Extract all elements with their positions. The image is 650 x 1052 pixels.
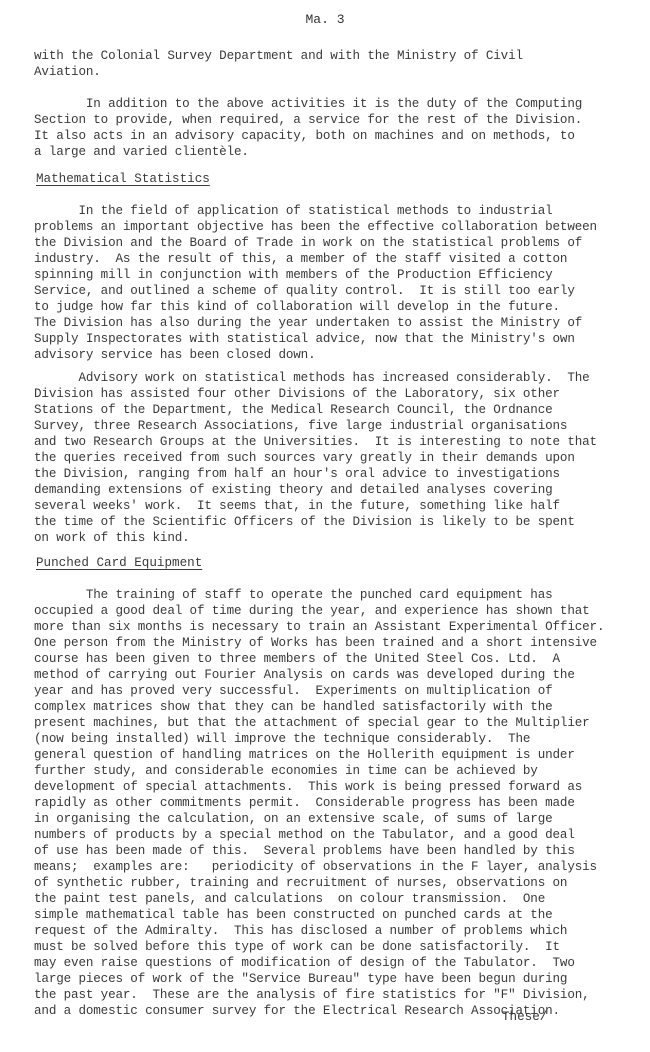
text-line: In the field of application of statistic… [34,203,634,219]
text-line: to judge how far this kind of collaborat… [34,299,634,315]
text-line: Survey, three Research Associations, fiv… [34,418,634,434]
text-line: the past year. These are the analysis of… [34,987,634,1003]
text-line: the time of the Scientific Officers of t… [34,514,634,530]
text-line: It also acts in an advisory capacity, bo… [34,128,634,144]
text-line: occupied a good deal of time during the … [34,603,634,619]
paragraph-computing-section: In addition to the above activities it i… [34,96,634,160]
text-line: Service, and outlined a scheme of qualit… [34,283,634,299]
text-line: and two Research Groups at the Universit… [34,434,634,450]
text-line: Stations of the Department, the Medical … [34,402,634,418]
text-line: on work of this kind. [34,530,634,546]
text-line: Division has assisted four other Divisio… [34,386,634,402]
text-line: method of carrying out Fourier Analysis … [34,667,634,683]
text-line: Aviation. [34,64,634,80]
text-line: In addition to the above activities it i… [34,96,634,112]
text-line: Advisory work on statistical methods has… [34,370,634,386]
text-line: the paint test panels, and calculations … [34,891,634,907]
text-line: further study, and considerable economie… [34,763,634,779]
text-line: general question of handling matrices on… [34,747,634,763]
paragraph-math-stats-1: In the field of application of statistic… [34,203,634,363]
text-line: rapidly as other commitments permit. Con… [34,795,634,811]
text-line: present machines, but that the attachmen… [34,715,634,731]
text-line: year and has proved very successful. Exp… [34,683,634,699]
text-line: a large and varied clientèle. [34,144,634,160]
text-line: means; examples are: periodicity of obse… [34,859,634,875]
document-page: Ma. 3 with the Colonial Survey Departmen… [0,0,650,1052]
text-line: course has been given to three members o… [34,651,634,667]
text-line: Section to provide, when required, a ser… [34,112,634,128]
catchword-next-page: These/ [502,1010,547,1024]
paragraph-math-stats-2: Advisory work on statistical methods has… [34,370,634,546]
text-line: numbers of products by a special method … [34,827,634,843]
text-line: more than six months is necessary to tra… [34,619,634,635]
text-line: problems an important objective has been… [34,219,634,235]
paragraph-punched-card-1: The training of staff to operate the pun… [34,587,634,1019]
text-line: advisory service has been closed down. [34,347,634,363]
heading-punched-card-equipment: Punched Card Equipment [36,555,202,571]
text-line: the queries received from such sources v… [34,450,634,466]
text-line: development of special attachments. This… [34,779,634,795]
text-line: demanding extensions of existing theory … [34,482,634,498]
text-line: Supply Inspectorates with statistical ad… [34,331,634,347]
text-line: must be solved before this type of work … [34,939,634,955]
text-line: with the Colonial Survey Department and … [34,48,634,64]
paragraph-intro: with the Colonial Survey Department and … [34,48,634,80]
text-line: request of the Admiralty. This has discl… [34,923,634,939]
text-line: several weeks' work. It seems that, in t… [34,498,634,514]
text-line: (now being installed) will improve the t… [34,731,634,747]
text-line: of synthetic rubber, training and recrui… [34,875,634,891]
text-line: The training of staff to operate the pun… [34,587,634,603]
text-line: the Division, ranging from half an hour'… [34,466,634,482]
text-line: large pieces of work of the "Service Bur… [34,971,634,987]
text-line: in organising the calculation, on an ext… [34,811,634,827]
text-line: simple mathematical table has been const… [34,907,634,923]
text-line: One person from the Ministry of Works ha… [34,635,634,651]
page-number: Ma. 3 [0,12,650,27]
text-line: may even raise questions of modification… [34,955,634,971]
text-line: complex matrices show that they can be h… [34,699,634,715]
heading-mathematical-statistics: Mathematical Statistics [36,171,210,187]
text-line: industry. As the result of this, a membe… [34,251,634,267]
text-line: spinning mill in conjunction with member… [34,267,634,283]
text-line: of use has been made of this. Several pr… [34,843,634,859]
text-line: the Division and the Board of Trade in w… [34,235,634,251]
text-line: The Division has also during the year un… [34,315,634,331]
